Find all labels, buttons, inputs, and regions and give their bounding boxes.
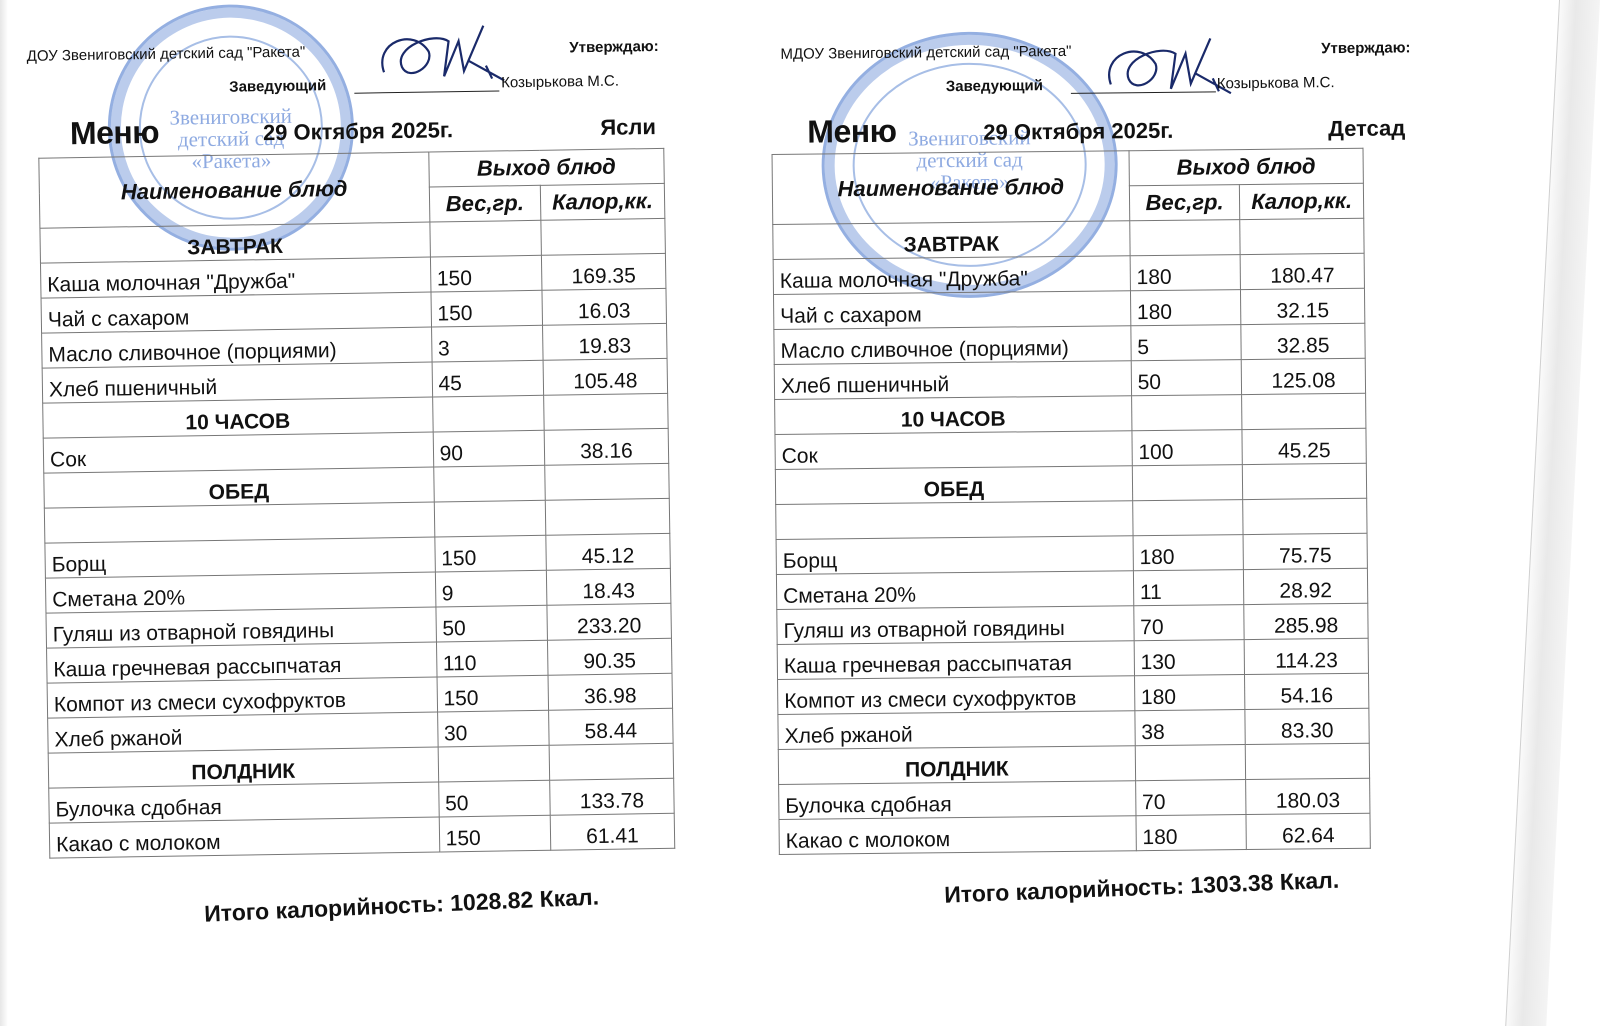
menu-date: 29 Октября 2025г. — [263, 117, 453, 146]
dish-calories: 133.78 — [550, 778, 675, 815]
dish-weight: 180 — [1130, 290, 1241, 326]
table-row: Борщ18075.75 — [776, 533, 1367, 574]
dish-name: Каша гречневая рассыпчатая — [777, 641, 1134, 680]
dish-calories: 114.23 — [1244, 638, 1368, 674]
dish-calories: 169.35 — [541, 253, 666, 290]
header-row-signatory: Заведующий Козырькова М.С. — [771, 73, 1411, 102]
dish-weight: 180 — [1130, 255, 1241, 291]
header-dish-name: Наименование блюд — [39, 152, 430, 228]
table-row: Сок10045.25 — [775, 428, 1366, 469]
dish-calories: 180.47 — [1240, 253, 1364, 289]
dish-weight: 180 — [1133, 535, 1244, 571]
dish-weight: 150 — [439, 815, 551, 852]
dish-weight: 50 — [438, 780, 550, 817]
section-title: ЗАВТРАК — [773, 221, 1130, 260]
section-empty-cell — [543, 393, 668, 430]
dish-name: Сметана 20% — [776, 571, 1133, 610]
header-row-signatory: Заведующий Козырькова М.С. — [19, 72, 659, 104]
dish-calories: 45.12 — [546, 533, 671, 570]
header-output: Выход блюд — [1129, 148, 1364, 185]
dish-calories: 19.83 — [542, 323, 667, 360]
section-empty-cell — [549, 743, 674, 780]
dish-calories: 75.75 — [1243, 533, 1367, 569]
table-row: Гуляш из отварной говядины70285.98 — [777, 603, 1368, 644]
dish-name: Борщ — [776, 536, 1133, 575]
dish-calories: 54.16 — [1245, 673, 1369, 709]
menu-table: Наименование блюдВыход блюдВес,гр.Калор,… — [38, 148, 675, 859]
dish-weight: 50 — [436, 605, 548, 642]
header-row-organization: МДОУ Звениговский детский сад "Ракета" У… — [770, 39, 1410, 66]
dish-calories: 16.03 — [542, 288, 667, 325]
dish-weight: 70 — [1135, 780, 1246, 816]
dish-weight: 150 — [434, 535, 546, 572]
dish-name — [776, 501, 1133, 540]
organization-name: ДОУ Звениговский детский сад "Ракета" — [27, 43, 306, 64]
section-empty-cell — [438, 745, 550, 782]
dish-weight: 110 — [436, 640, 548, 677]
total-calories: Итого калорийность: 1303.38 Ккал. — [944, 867, 1340, 909]
header-dish-name: Наименование блюд — [772, 151, 1129, 225]
dish-weight: 180 — [1134, 675, 1245, 711]
dish-calories: 28.92 — [1244, 568, 1368, 604]
section-empty-cell — [541, 218, 666, 255]
section-title: ПОЛДНИК — [778, 746, 1135, 785]
section-title: ОБЕД — [775, 466, 1132, 505]
table-row: Булочка сдобная70180.03 — [779, 778, 1370, 819]
menu-sheet-nursery: Звениговский детский сад «Ракета» ДОУ Зв… — [18, 0, 694, 1010]
header-calories: Калор,кк. — [540, 183, 665, 220]
dish-calories: 83.30 — [1245, 708, 1369, 744]
section-empty-cell — [1245, 743, 1369, 779]
dish-calories: 105.48 — [543, 358, 668, 395]
section-empty-cell — [429, 220, 541, 257]
dish-calories: 61.41 — [550, 813, 675, 850]
dish-calories: 38.16 — [544, 428, 669, 465]
table-row: Хлеб ржаной3883.30 — [778, 708, 1369, 749]
dish-weight: 9 — [435, 570, 547, 607]
dish-calories: 180.03 — [1246, 778, 1370, 814]
table-row: Хлеб пшеничный50125.08 — [774, 358, 1365, 399]
section-empty-cell — [1132, 465, 1243, 501]
signatory-position: Заведующий — [946, 77, 1043, 95]
menu-group: Ясли — [600, 114, 656, 141]
dish-weight: 90 — [433, 430, 545, 467]
dish-name: Чай с сахаром — [774, 291, 1131, 330]
signatory-name: Козырькова М.С. — [501, 73, 619, 92]
dish-calories: 233.20 — [547, 603, 672, 640]
header-row-organization: ДОУ Звениговский детский сад "Ракета" Ут… — [19, 38, 659, 68]
section-empty-cell — [1240, 218, 1364, 254]
dish-weight: 3 — [431, 325, 543, 362]
table-row: Сметана 20%1128.92 — [776, 568, 1367, 609]
menu-sheet-kindergarten: Звениговский детский сад «Ракета» МДОУ З… — [770, 1, 1440, 1008]
dish-name: Какао с молоком — [779, 816, 1136, 855]
dish-name: Хлеб пшеничный — [774, 361, 1131, 400]
dish-weight — [434, 500, 546, 537]
dish-weight: 150 — [437, 675, 549, 712]
dish-calories: 125.08 — [1241, 358, 1365, 394]
dish-calories: 62.64 — [1246, 813, 1370, 849]
header-output: Выход блюд — [428, 148, 664, 187]
dish-calories: 45.25 — [1242, 428, 1366, 464]
menu-date: 29 Октября 2025г. — [983, 118, 1173, 146]
section-empty-cell — [1129, 220, 1240, 256]
dish-weight: 30 — [437, 710, 549, 747]
section-empty-cell — [1243, 463, 1367, 499]
dish-weight: 50 — [1131, 360, 1242, 396]
dish-weight: 130 — [1134, 640, 1245, 676]
dish-weight: 70 — [1134, 605, 1245, 641]
dish-weight: 180 — [1136, 815, 1247, 851]
dish-calories — [545, 498, 670, 535]
dish-name: Булочка сдобная — [779, 781, 1136, 820]
table-row: Масло сливочное (порциями)532.85 — [774, 323, 1365, 364]
signature-line — [354, 90, 499, 93]
dish-weight: 150 — [431, 290, 543, 327]
paper-left-edge — [0, 0, 8, 1026]
section-empty-cell — [1131, 395, 1242, 431]
dish-calories: 58.44 — [548, 708, 673, 745]
dish-weight — [1132, 500, 1243, 536]
section-title: 10 ЧАСОВ — [775, 396, 1132, 435]
dish-weight: 100 — [1132, 430, 1243, 466]
paper-right-edge — [1505, 0, 1600, 1026]
approval-label: Утверждаю: — [1321, 39, 1410, 57]
dish-weight: 38 — [1135, 710, 1246, 746]
table-row: Компот из смеси сухофруктов18054.16 — [778, 673, 1369, 714]
dish-weight: 5 — [1131, 325, 1242, 361]
header-row-title: Меню 29 Октября 2025г. Детсад — [771, 107, 1411, 154]
signature-line — [1071, 91, 1216, 94]
menu-title: Меню — [70, 114, 160, 152]
table-row: Каша молочная "Дружба"180180.47 — [773, 253, 1364, 294]
dish-name: Какао с молоком — [49, 817, 439, 858]
dish-weight: 45 — [432, 360, 544, 397]
signatory-position: Заведующий — [229, 77, 326, 96]
dish-name: Сок — [775, 431, 1132, 470]
dish-calories: 32.15 — [1241, 288, 1365, 324]
dish-calories: 90.35 — [547, 638, 672, 675]
dish-name: Хлеб ржаной — [778, 711, 1135, 750]
section-empty-cell — [545, 463, 670, 500]
dish-calories: 18.43 — [546, 568, 671, 605]
section-empty-cell — [432, 395, 544, 432]
dish-name: Компот из смеси сухофруктов — [778, 676, 1135, 715]
table-row: Чай с сахаром18032.15 — [774, 288, 1365, 329]
menu-table: Наименование блюдВыход блюдВес,гр.Калор,… — [772, 148, 1371, 855]
dish-calories: 32.85 — [1241, 323, 1365, 359]
header-calories: Калор,кк. — [1240, 183, 1364, 219]
organization-name: МДОУ Звениговский детский сад "Ракета" — [780, 43, 1071, 63]
signatory-name: Козырькова М.С. — [1217, 74, 1335, 92]
dish-calories — [1243, 498, 1367, 534]
header-weight: Вес,гр. — [429, 185, 541, 222]
dish-weight: 150 — [430, 255, 542, 292]
section-empty-cell — [1135, 745, 1246, 781]
header-weight: Вес,гр. — [1129, 185, 1240, 221]
dish-name: Каша молочная "Дружба" — [773, 256, 1130, 295]
section-empty-cell — [433, 465, 545, 502]
dish-name: Масло сливочное (порциями) — [774, 326, 1131, 365]
dish-name: Гуляш из отварной говядины — [777, 606, 1134, 645]
dish-calories: 36.98 — [548, 673, 673, 710]
menu-title: Меню — [807, 113, 896, 151]
total-calories: Итого калорийность: 1028.82 Ккал. — [204, 883, 600, 927]
section-empty-cell — [1242, 393, 1366, 429]
dish-calories: 285.98 — [1244, 603, 1368, 639]
dish-weight: 11 — [1133, 570, 1244, 606]
menu-group: Детсад — [1328, 115, 1405, 142]
table-row: Какао с молоком18062.64 — [779, 813, 1370, 854]
approval-label: Утверждаю: — [569, 38, 659, 56]
table-row: Каша гречневая рассыпчатая130114.23 — [777, 638, 1368, 679]
